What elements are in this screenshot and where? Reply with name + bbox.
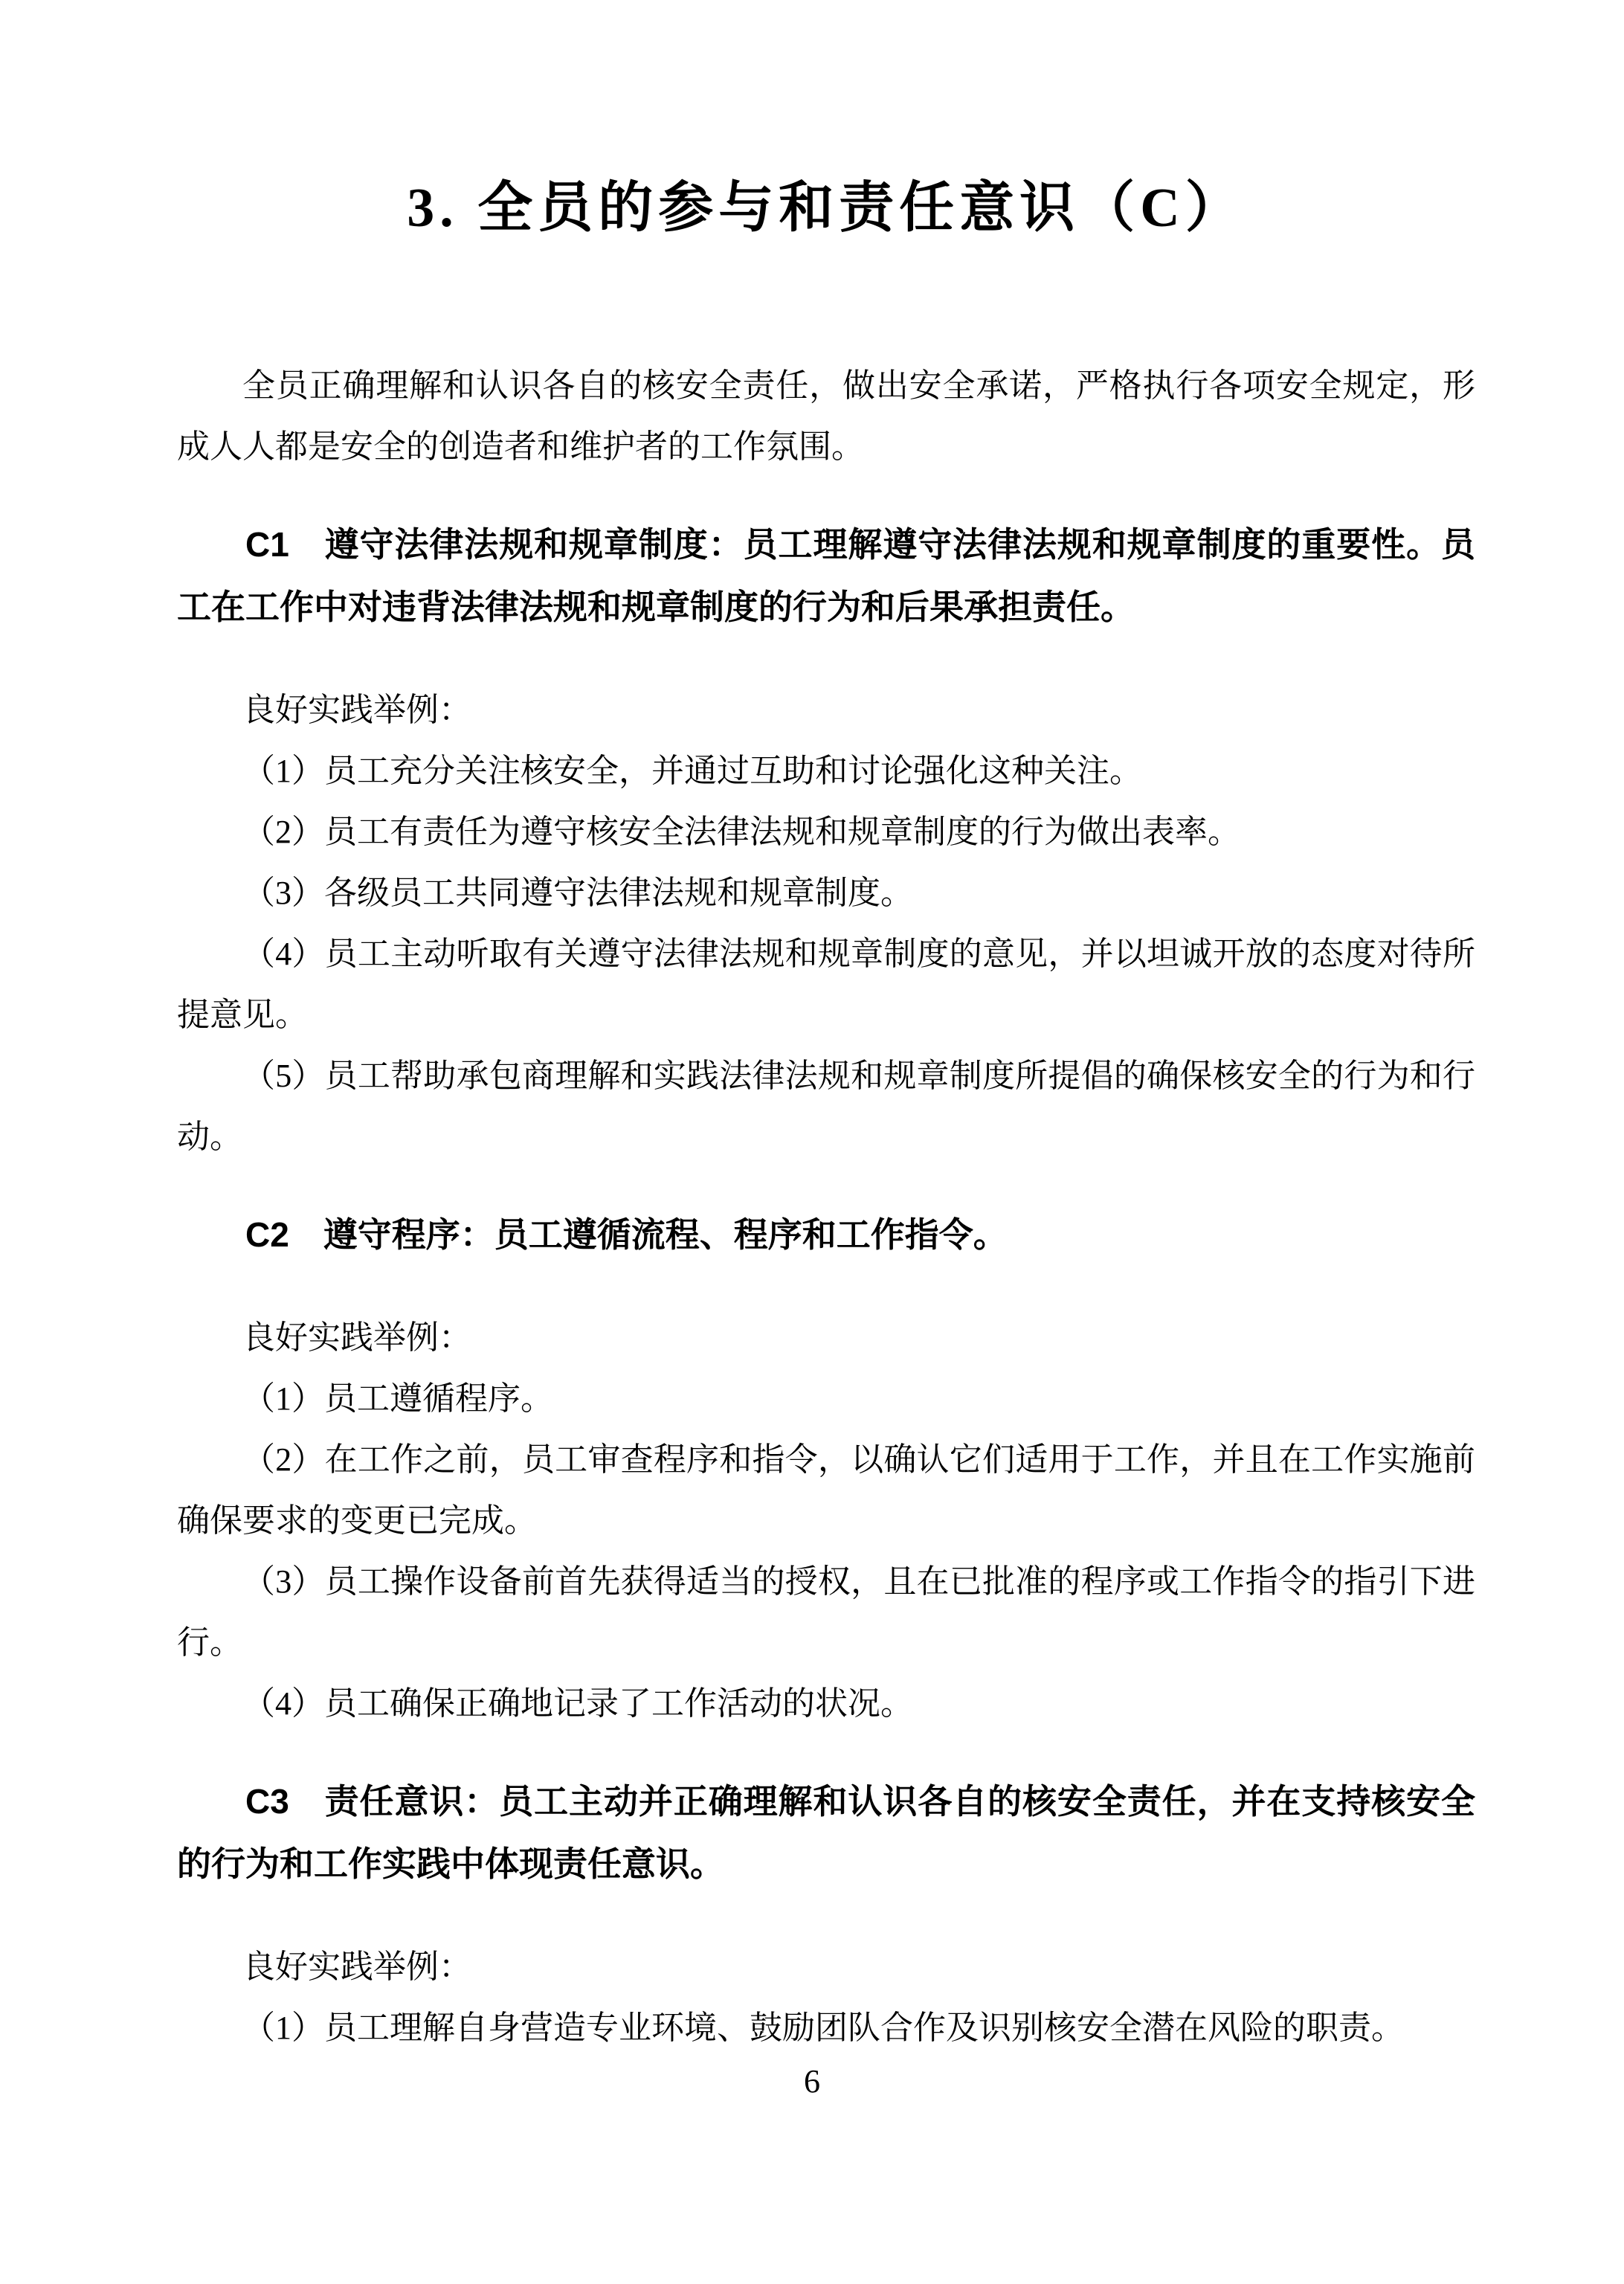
practice-item: （4）员工确保正确地记录了工作活动的状况。 — [177, 1673, 1475, 1734]
practice-item: （1）员工充分关注核安全，并通过互助和讨论强化这种关注。 — [177, 741, 1475, 802]
practice-item: （5）员工帮助承包商理解和实践法律法规和规章制度所提倡的确保核安全的行为和行动。 — [177, 1046, 1475, 1168]
section-c1-heading: C1 遵守法律法规和规章制度：员工理解遵守法律法规和规章制度的重要性。员工在工作… — [177, 513, 1475, 638]
practice-examples-label: 良好实践举例： — [177, 1307, 1475, 1368]
practice-item: （1）员工遵循程序。 — [177, 1368, 1475, 1429]
practice-item: （1）员工理解自身营造专业环境、鼓励团队合作及识别核安全潜在风险的职责。 — [177, 1998, 1475, 2059]
practice-item: （3）各级员工共同遵守法律法规和规章制度。 — [177, 863, 1475, 924]
intro-paragraph: 全员正确理解和认识各自的核安全责任，做出安全承诺，严格执行各项安全规定，形成人人… — [177, 356, 1475, 477]
page-title: 3. 全员的参与和责任意识（C） — [177, 170, 1475, 247]
practice-item: （2）在工作之前，员工审查程序和指令，以确认它们适用于工作，并且在工作实施前确保… — [177, 1429, 1475, 1551]
document-page: 3. 全员的参与和责任意识（C） 全员正确理解和认识各自的核安全责任，做出安全承… — [0, 0, 1624, 2284]
section-c3-heading: C3 责任意识：员工主动并正确理解和认识各自的核安全责任，并在支持核安全的行为和… — [177, 1770, 1475, 1895]
section-c2-heading: C2 遵守程序：员工遵循流程、程序和工作指令。 — [177, 1203, 1475, 1266]
practice-item: （2）员工有责任为遵守核安全法律法规和规章制度的行为做出表率。 — [177, 802, 1475, 863]
practice-item: （4）员工主动听取有关遵守法律法规和规章制度的意见，并以坦诚开放的态度对待所提意… — [177, 924, 1475, 1046]
practice-examples-label: 良好实践举例： — [177, 1937, 1475, 1998]
practice-examples-label: 良好实践举例： — [177, 680, 1475, 741]
practice-item: （3）员工操作设备前首先获得适当的授权，且在已批准的程序或工作指令的指引下进行。 — [177, 1551, 1475, 1673]
page-number: 6 — [0, 2051, 1624, 2112]
